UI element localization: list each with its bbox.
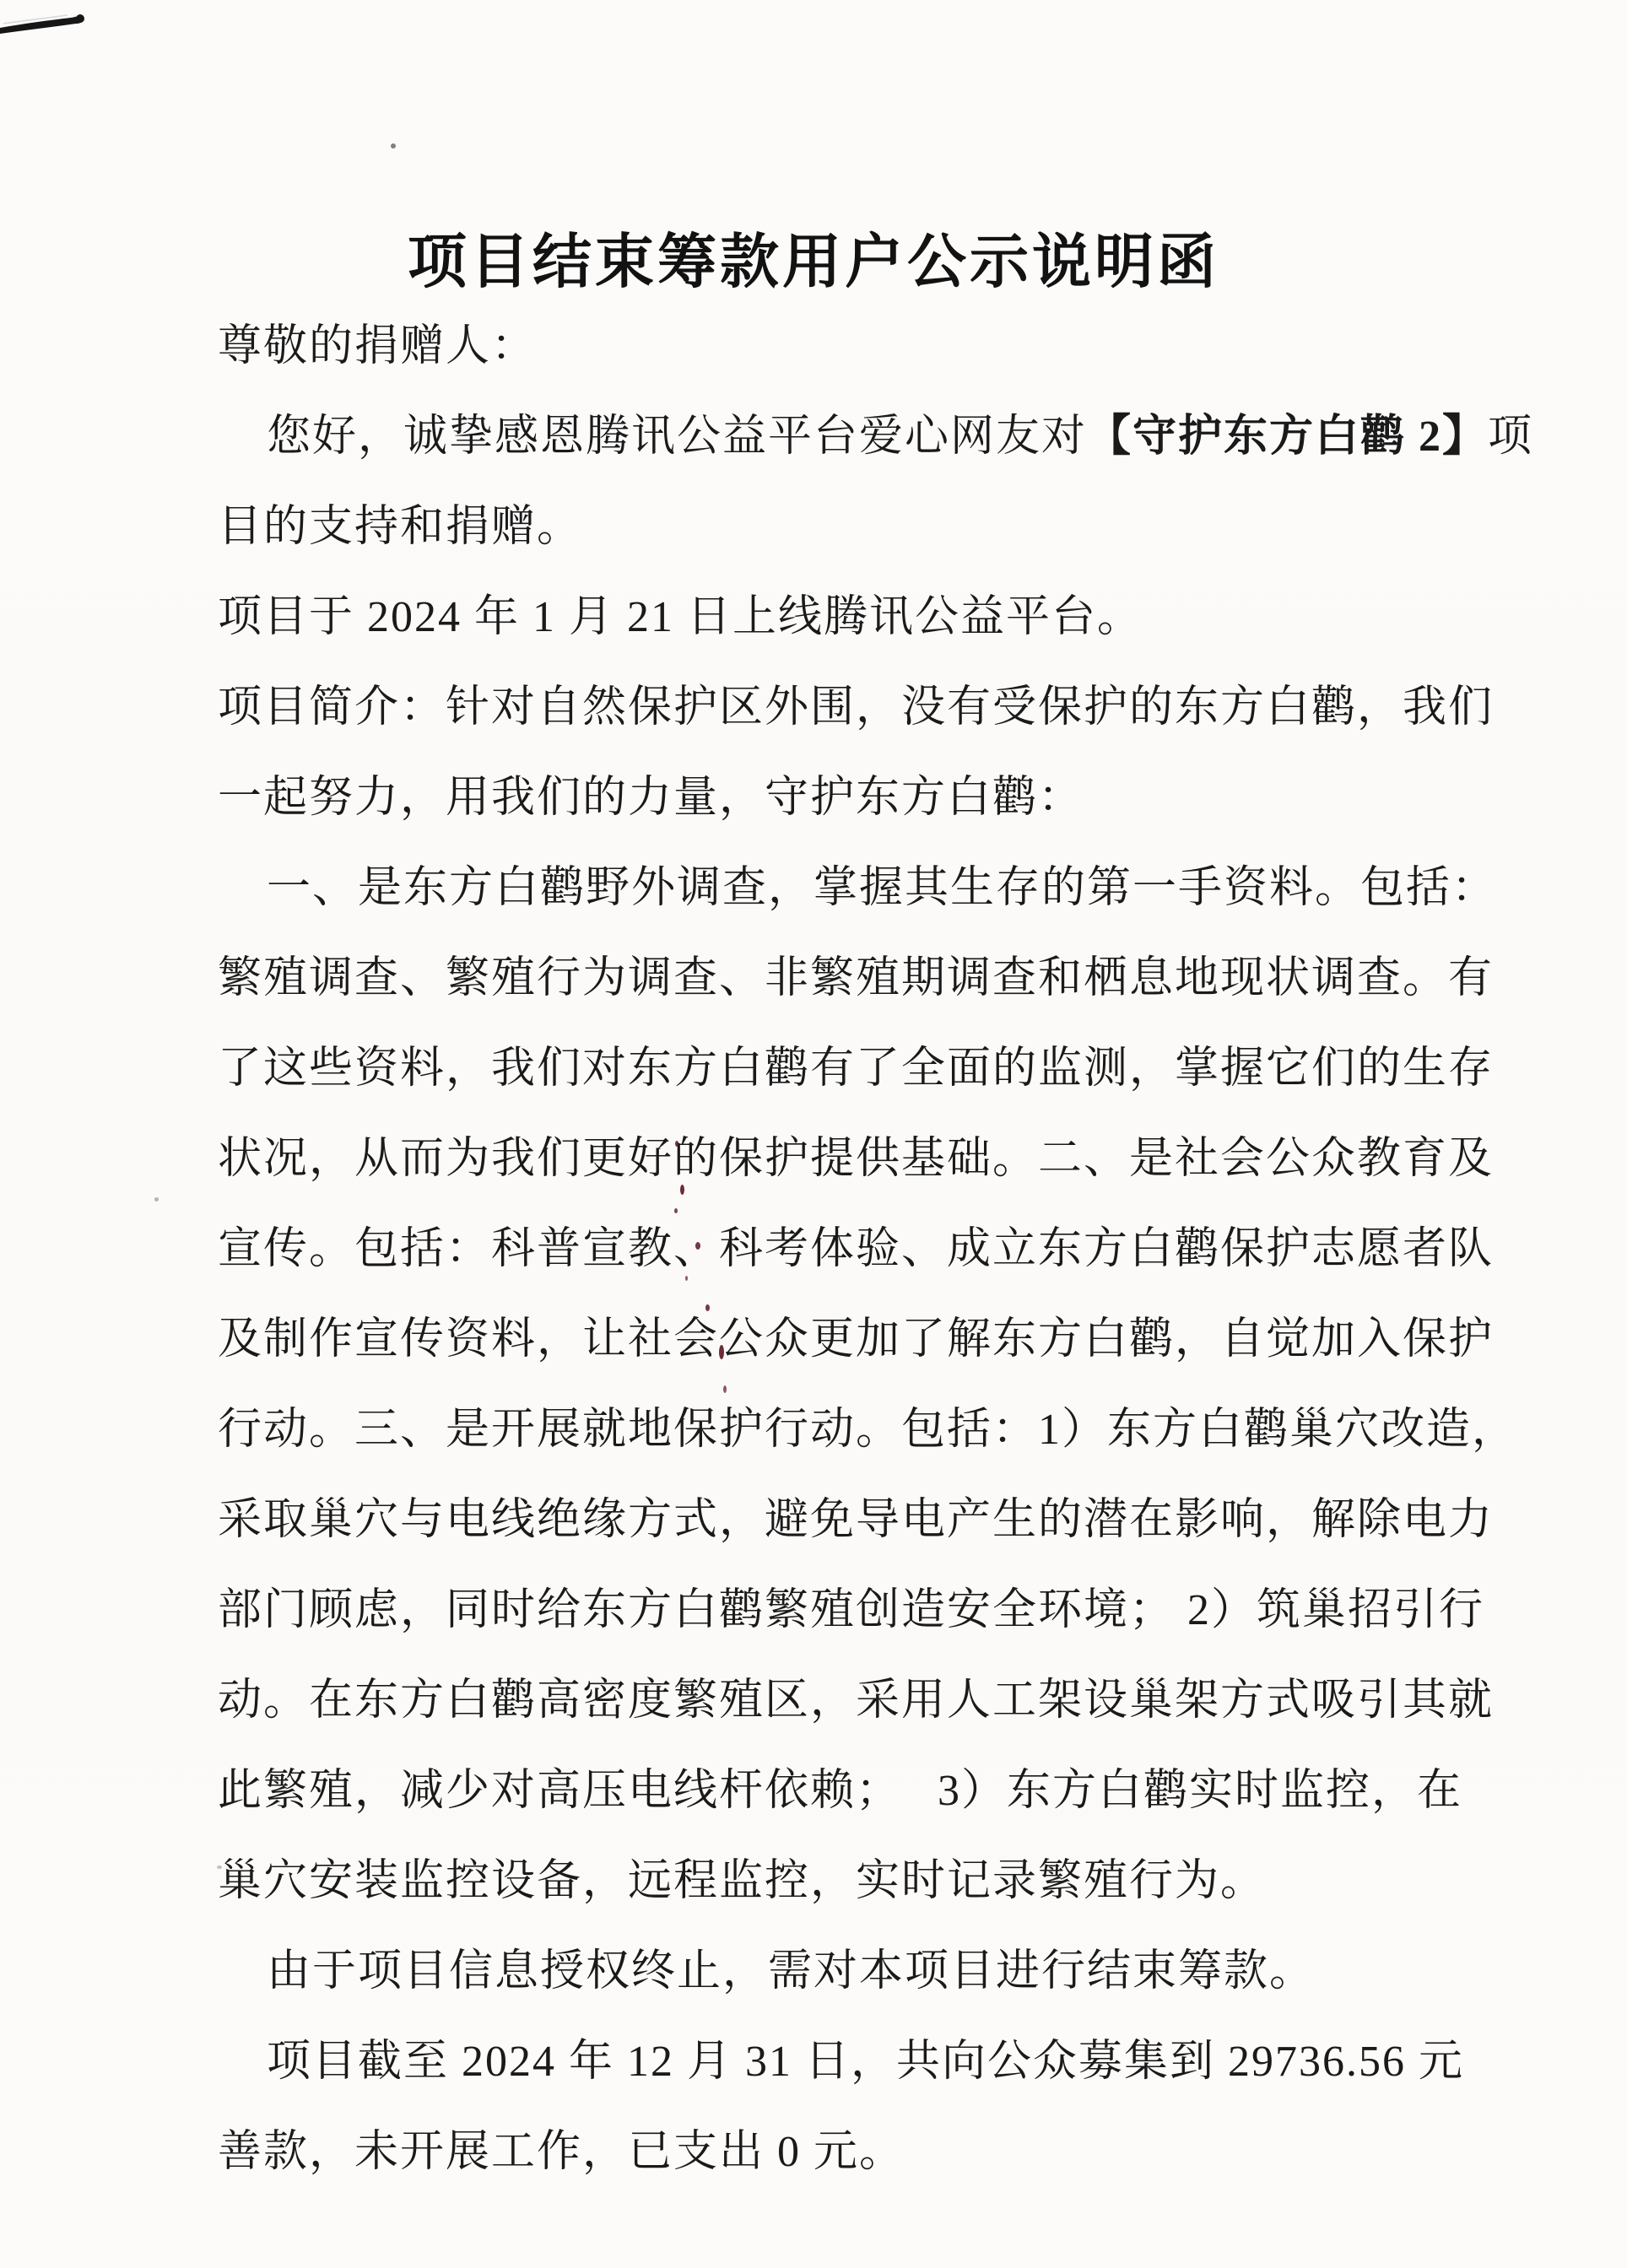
text-segment: 项: [1488, 413, 1533, 461]
text-segment: 采取巢穴与电线绝缘方式，避免导电产生的潜在影响，解除电力: [218, 1496, 1494, 1544]
text-segment: 由于项目信息授权终止，需对本项目进行结束筹款。: [267, 1947, 1315, 1995]
text-segment: 善款，未开展工作，已支出 0 元。: [218, 2128, 905, 2176]
text-segment: 项目简介：针对自然保护区外围，没有受保护的东方白鹳，我们: [218, 683, 1494, 732]
text-line: 了这些资料，我们对东方白鹳有了全面的监测，掌握它们的生存: [218, 1023, 1441, 1114]
text-line: 项目于 2024 年 1 月 21 日上线腾讯公益平台。: [218, 572, 1441, 662]
text-line: 项目截至 2024 年 12 月 31 日，共向公众募集到 29736.56 元: [218, 2017, 1441, 2107]
document-title: 项目结束筹款用户公示说明函: [0, 229, 1627, 297]
pen-mark-blob: [76, 14, 84, 23]
text-line: 尊敬的捐赠人：: [218, 301, 1441, 391]
scanned-document-page: 项目结束筹款用户公示说明函 尊敬的捐赠人：您好，诚挚感恩腾讯公益平台爱心网友对【…: [0, 0, 1627, 2268]
text-line: 繁殖调查、繁殖行为调查、非繁殖期调查和栖息地现状调查。有: [218, 933, 1441, 1023]
text-segment: 巢穴安装监控设备，远程监控，实时记录繁殖行为。: [218, 1857, 1266, 1905]
text-segment: 了这些资料，我们对东方白鹳有了全面的监测，掌握它们的生存: [218, 1045, 1494, 1093]
text-line: 一、是东方白鹳野外调查，掌握其生存的第一手资料。包括：: [218, 843, 1441, 933]
text-segment: 动。在东方白鹳高密度繁殖区，采用人工架设巢架方式吸引其就: [218, 1677, 1494, 1725]
text-segment: 项目截至 2024 年 12 月 31 日，共向公众募集到 29736.56 元: [267, 2038, 1464, 2086]
text-segment: 部门顾虑，同时给东方白鹳繁殖创造安全环境； 2）筑巢招引行: [218, 1586, 1484, 1634]
text-segment: 一起努力，用我们的力量，守护东方白鹳：: [218, 774, 1084, 822]
text-line: 巢穴安装监控设备，远程监控，实时记录繁殖行为。: [218, 1836, 1441, 1926]
project-name-bold: 【守护东方白鹳 2】: [1087, 413, 1488, 461]
text-line: 及制作宣传资料，让社会公众更加了解东方白鹳，自觉加入保护: [218, 1294, 1441, 1385]
text-segment: 目的支持和捐赠。: [218, 503, 582, 551]
ink-speck: [154, 1197, 159, 1201]
text-segment: 状况，从而为我们更好的保护提供基础。二、是社会公众教育及: [218, 1135, 1494, 1183]
pen-mark-artifact: [0, 5, 110, 47]
text-segment: 一、是东方白鹳野外调查，掌握其生存的第一手资料。包括：: [267, 864, 1497, 912]
text-line: 项目简介：针对自然保护区外围，没有受保护的东方白鹳，我们: [218, 662, 1441, 753]
text-segment: 此繁殖，减少对高压电线杆依赖； 3）东方白鹳实时监控，在: [218, 1767, 1462, 1815]
document-body: 尊敬的捐赠人：您好，诚挚感恩腾讯公益平台爱心网友对【守护东方白鹳 2】项目的支持…: [218, 301, 1441, 2197]
text-line: 部门顾虑，同时给东方白鹳繁殖创造安全环境； 2）筑巢招引行: [218, 1565, 1441, 1655]
text-segment: 宣传。包括：科普宣教、科考体验、成立东方白鹳保护志愿者队: [218, 1225, 1494, 1273]
text-line: 此繁殖，减少对高压电线杆依赖； 3）东方白鹳实时监控，在: [218, 1746, 1441, 1836]
text-line: 宣传。包括：科普宣教、科考体验、成立东方白鹳保护志愿者队: [218, 1204, 1441, 1294]
text-segment: 繁殖调查、繁殖行为调查、非繁殖期调查和栖息地现状调查。有: [218, 954, 1494, 1002]
text-segment: 及制作宣传资料，让社会公众更加了解东方白鹳，自觉加入保护: [218, 1315, 1494, 1363]
text-line: 您好，诚挚感恩腾讯公益平台爱心网友对【守护东方白鹳 2】项: [218, 391, 1441, 482]
text-line: 采取巢穴与电线绝缘方式，避免导电产生的潜在影响，解除电力: [218, 1475, 1441, 1565]
text-line: 一起努力，用我们的力量，守护东方白鹳：: [218, 753, 1441, 843]
text-line: 行动。三、是开展就地保护行动。包括：1）东方白鹳巢穴改造，: [218, 1385, 1441, 1475]
text-line: 状况，从而为我们更好的保护提供基础。二、是社会公众教育及: [218, 1114, 1441, 1204]
text-segment: 您好，诚挚感恩腾讯公益平台爱心网友对: [267, 413, 1087, 461]
text-line: 由于项目信息授权终止，需对本项目进行结束筹款。: [218, 1926, 1441, 2017]
text-line: 善款，未开展工作，已支出 0 元。: [218, 2107, 1441, 2197]
text-segment: 尊敬的捐赠人：: [218, 322, 537, 370]
text-segment: 行动。三、是开展就地保护行动。包括：1）东方白鹳巢穴改造，: [218, 1406, 1517, 1454]
text-segment: 项目于 2024 年 1 月 21 日上线腾讯公益平台。: [218, 593, 1143, 641]
text-line: 动。在东方白鹳高密度繁殖区，采用人工架设巢架方式吸引其就: [218, 1655, 1441, 1746]
ink-speck: [391, 143, 396, 148]
text-line: 目的支持和捐赠。: [218, 482, 1441, 572]
